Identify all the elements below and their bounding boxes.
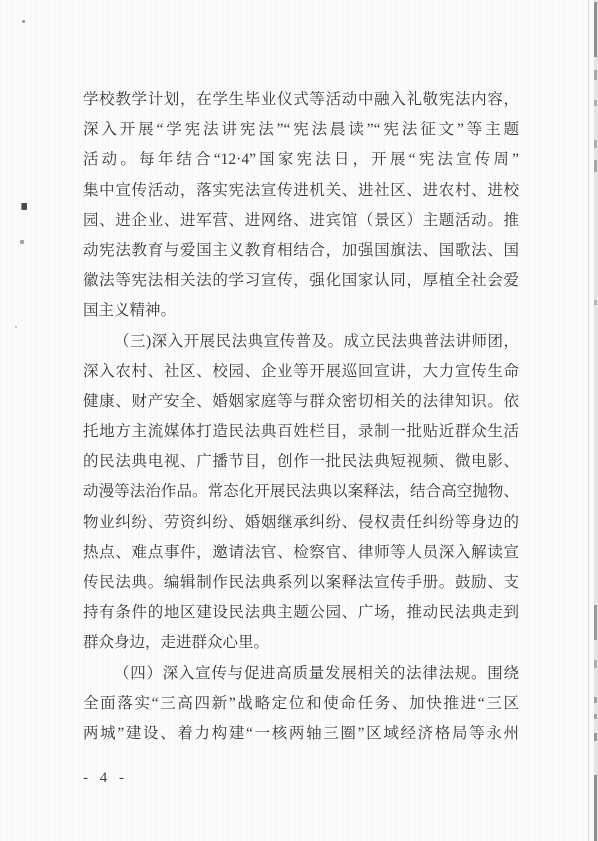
scan-edge-dash [594,2,597,57]
text-line: 集中宣传活动，落实宪法宣传进机关、进社区、进农村、进校 [83,176,519,206]
text-line: 动漫等法治作品。常态化开展民法典以案释法，结合高空抛物、 [83,477,519,507]
scan-edge-dash [594,714,597,719]
scan-speck [20,240,24,244]
scan-edge-dash [594,733,597,741]
text-line: 持有条件的地区建设民法典主题公园、广场，推动民法典走到 [83,598,519,628]
scan-speck [22,20,25,23]
text-line: 热点、难点事件，邀请法官、检察官、律师等人员深入解读宣 [83,538,519,568]
text-line: 的民法典电视、广播节目，创作一批民法典短视频、微电影、 [83,447,519,477]
paragraph-continuation: 学校教学计划，在学生毕业仪式等活动中融入礼敬宪法内容， 深入开展“学宪法讲宪法”… [83,85,519,327]
scan-edge-dash [594,160,597,172]
paragraph-section-three: （三)深入开展民法典宣传普及。成立民法典普法讲师团， 深入农村、社区、校园、企业… [83,327,519,659]
text-line: 徽法等宪法相关法的学习宣传，强化国家认同，厚植全社会爱 [83,266,519,296]
scan-edge-dash [594,300,597,305]
text-line: 全面落实“三高四新”战略定位和使命任务、加快推进“三区 [83,689,519,719]
text-line: （三)深入开展民法典宣传普及。成立民法典普法讲师团， [83,327,519,357]
text-line: 托地方主流媒体打造民法典百姓栏目，录制一批贴近群众生活 [83,417,519,447]
scan-edge-dash [594,697,597,703]
scan-speck [21,203,27,210]
scan-edge-dash [594,605,597,640]
text-line: （四）深入宣传与促进高质量发展相关的法律法规。围绕 [83,659,519,689]
text-line: 深入农村、社区、校园、企业等开展巡回宣讲，大力宣传生命 [83,357,519,387]
text-line: 动宪法教育与爱国主义教育相结合，加强国旗法、国歌法、国 [83,236,519,266]
text-line: 群众身边，走进群众心里。 [83,628,519,658]
scan-edge-dash [594,660,597,668]
scan-edge-dash [594,775,597,841]
text-line: 两城”建设、着力构建“一核两轴三圈”区域经济格局等永州 [83,719,519,749]
paragraph-section-four: （四）深入宣传与促进高质量发展相关的法律法规。围绕 全面落实“三高四新”战略定位… [83,659,519,750]
scan-speck [15,326,17,328]
text-line: 深入开展“学宪法讲宪法”“宪法晨读”“宪法征文”等主题 [83,115,519,145]
scan-edge-dash [594,140,597,148]
page-number: - 4 - [83,770,128,787]
scan-edge-line [588,0,589,841]
scan-edge-dash [594,100,597,106]
text-line: 物业纠纷、劳资纠纷、婚姻继承纠纷、侵权责任纠纷等身边的 [83,508,519,538]
text-line: 学校教学计划，在学生毕业仪式等活动中融入礼敬宪法内容， [83,85,519,115]
text-line: 园、进企业、进军营、进网络、进宾馆（景区）主题活动。推 [83,206,519,236]
text-line: 健康、财产安全、婚姻家庭等与群众密切相关的法律知识。依 [83,387,519,417]
scan-edge-dash [594,70,597,80]
text-line: 传民法典。编辑制作民法典系列以案释法宣传手册。鼓励、支 [83,568,519,598]
document-body: 学校教学计划，在学生毕业仪式等活动中融入礼敬宪法内容， 深入开展“学宪法讲宪法”… [83,85,519,749]
text-line: 国主义精神。 [83,296,519,326]
text-line: 活动。每年结合“12·4”国家宪法日，开展“宪法宣传周” [83,145,519,175]
